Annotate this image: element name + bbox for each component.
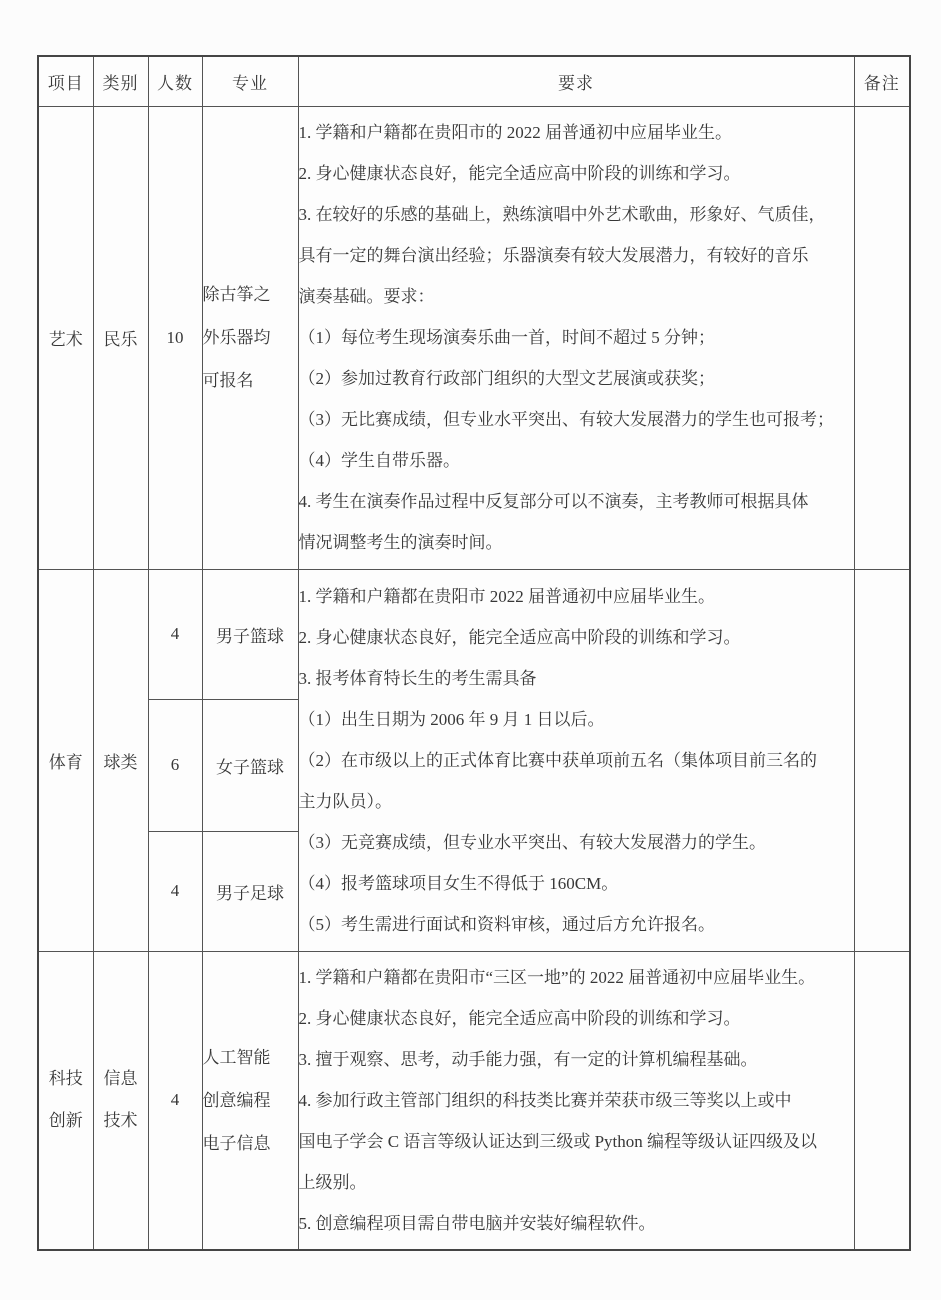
remark-cell-art [854,106,910,569]
text-line: （1）出生日期为 2006 年 9 月 1 日以后。 [299,699,854,740]
recruitment-table: 项目 类别 人数 专业 要求 备注 艺术 民乐 10 除古筝之外乐器均可报名 1… [37,55,911,1251]
requirements-cell-tech: 1. 学籍和户籍都在贵阳市“三区一地”的 2022 届普通初中应届毕业生。2. … [298,951,854,1250]
text-line: （2）在市级以上的正式体育比赛中获单项前五名（集体项目前三名的 [299,740,854,781]
text-line: （3）无比赛成绩，但专业水平突出、有较大发展潜力的学生也可报考； [299,399,854,440]
text-line: （4）报考篮球项目女生不得低于 160CM。 [299,863,854,904]
document-page: 项目 类别 人数 专业 要求 备注 艺术 民乐 10 除古筝之外乐器均可报名 1… [0,0,941,1300]
text-line: 外乐器均 [203,316,298,359]
remark-cell-tech [854,951,910,1250]
text-line: 3. 擅于观察、思考，动手能力强，有一定的计算机编程基础。 [299,1039,854,1080]
specialty-cell-boys-soccer: 男子足球 [202,831,298,951]
text-line: 人工智能 [203,1036,298,1079]
count-cell-art: 10 [148,106,202,569]
section-row-art: 艺术 民乐 10 除古筝之外乐器均可报名 1. 学籍和户籍都在贵阳市的 2022… [38,106,910,569]
text-line: 可报名 [203,359,298,402]
count-cell-boys-basketball: 4 [148,569,202,699]
header-cell-requirements: 要求 [298,56,854,106]
text-line: 主力队员）。 [299,781,854,822]
text-line: 5. 创意编程项目需自带电脑并安装好编程软件。 [299,1203,854,1244]
section-row-sports-1: 体育 球类 4 男子篮球 1. 学籍和户籍都在贵阳市 2022 届普通初中应届毕… [38,569,910,699]
header-cell-category: 类别 [93,56,148,106]
text-line: 2. 身心健康状态良好，能完全适应高中阶段的训练和学习。 [299,153,854,194]
text-line: （4）学生自带乐器。 [299,440,854,481]
text-line: 技术 [94,1100,148,1142]
text-line: 具有一定的舞台演出经验；乐器演奏有较大发展潜力，有较好的音乐 [299,235,854,276]
header-cell-specialty: 专业 [202,56,298,106]
text-line: 演奏基础。要求： [299,276,854,317]
text-line: 1. 学籍和户籍都在贵阳市的 2022 届普通初中应届毕业生。 [299,112,854,153]
category-cell-tech: 信息技术 [93,951,148,1250]
category-cell-sports: 球类 [93,569,148,951]
text-line: 除古筝之 [203,273,298,316]
category-cell-art: 民乐 [93,106,148,569]
text-line: 情况调整考生的演奏时间。 [299,522,854,563]
text-line: （1）每位考生现场演奏乐曲一首，时间不超过 5 分钟； [299,317,854,358]
count-cell-boys-soccer: 4 [148,831,202,951]
header-cell-remark: 备注 [854,56,910,106]
project-cell-art: 艺术 [38,106,93,569]
table-header-row: 项目 类别 人数 专业 要求 备注 [38,56,910,106]
text-line: 国电子学会 C 语言等级认证达到三级或 Python 编程等级认证四级及以 [299,1121,854,1162]
text-line: 2. 身心健康状态良好，能完全适应高中阶段的训练和学习。 [299,998,854,1039]
specialty-cell-art: 除古筝之外乐器均可报名 [202,106,298,569]
text-line: 1. 学籍和户籍都在贵阳市 2022 届普通初中应届毕业生。 [299,576,854,617]
remark-cell-sports [854,569,910,951]
project-cell-sports: 体育 [38,569,93,951]
text-line: 创新 [39,1100,93,1142]
text-line: 电子信息 [203,1122,298,1165]
specialty-cell-boys-basketball: 男子篮球 [202,569,298,699]
count-cell-tech: 4 [148,951,202,1250]
text-line: （2）参加过教育行政部门组织的大型文艺展演或获奖； [299,358,854,399]
header-cell-count: 人数 [148,56,202,106]
header-cell-project: 项目 [38,56,93,106]
requirements-cell-sports: 1. 学籍和户籍都在贵阳市 2022 届普通初中应届毕业生。2. 身心健康状态良… [298,569,854,951]
text-line: 2. 身心健康状态良好，能完全适应高中阶段的训练和学习。 [299,617,854,658]
text-line: 信息 [94,1058,148,1100]
project-cell-tech: 科技创新 [38,951,93,1250]
count-cell-girls-basketball: 6 [148,699,202,831]
text-line: 4. 参加行政主管部门组织的科技类比赛并荣获市级三等奖以上或中 [299,1080,854,1121]
text-line: （3）无竞赛成绩，但专业水平突出、有较大发展潜力的学生。 [299,822,854,863]
specialty-cell-girls-basketball: 女子篮球 [202,699,298,831]
text-line: （5）考生需进行面试和资料审核，通过后方允许报名。 [299,904,854,945]
text-line: 3. 报考体育特长生的考生需具备 [299,658,854,699]
specialty-cell-tech: 人工智能创意编程电子信息 [202,951,298,1250]
text-line: 1. 学籍和户籍都在贵阳市“三区一地”的 2022 届普通初中应届毕业生。 [299,957,854,998]
text-line: 3. 在较好的乐感的基础上，熟练演唱中外艺术歌曲，形象好、气质佳， [299,194,854,235]
text-line: 上级别。 [299,1162,854,1203]
requirements-cell-art: 1. 学籍和户籍都在贵阳市的 2022 届普通初中应届毕业生。2. 身心健康状态… [298,106,854,569]
section-row-tech: 科技创新 信息技术 4 人工智能创意编程电子信息 1. 学籍和户籍都在贵阳市“三… [38,951,910,1250]
text-line: 科技 [39,1058,93,1100]
text-line: 创意编程 [203,1079,298,1122]
text-line: 4. 考生在演奏作品过程中反复部分可以不演奏，主考教师可根据具体 [299,481,854,522]
